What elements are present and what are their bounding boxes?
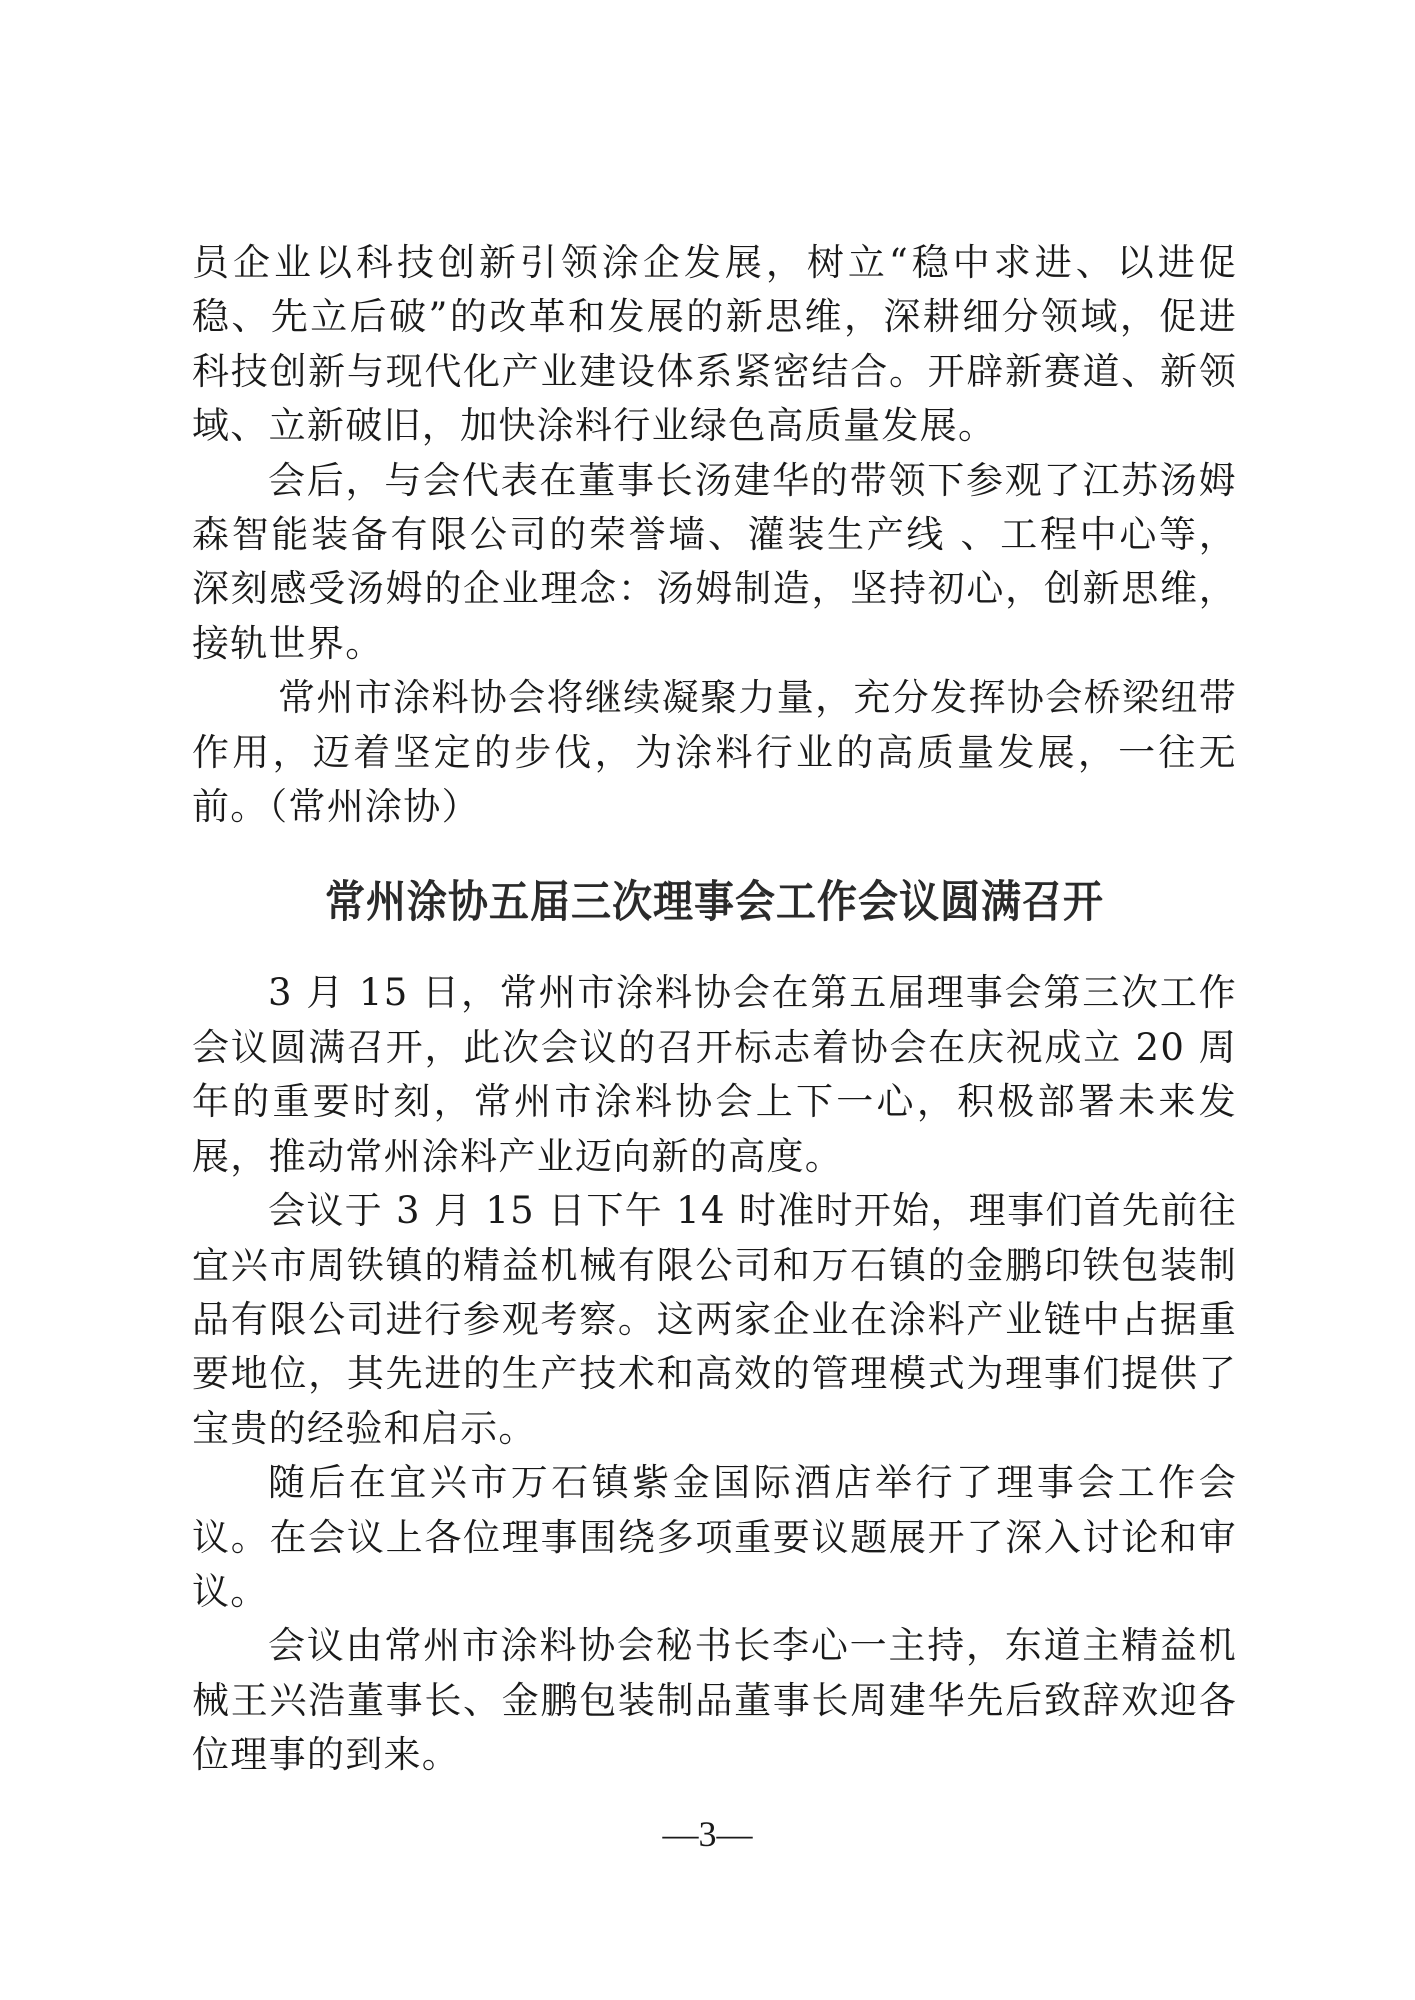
continued-section: 员企业以科技创新引领涂企发展，树立“稳中求进、以进促稳、先立后破”的改革和发展的… — [192, 236, 1237, 834]
article-title: 常州涂协五届三次理事会工作会议圆满召开 — [192, 872, 1237, 934]
page-number: —3— — [0, 1812, 1415, 1856]
paragraph-meeting-start: 会议于 3 月 15 日下午 14 时准时开始，理事们首先前往宜兴市周铁镇的精益… — [192, 1184, 1237, 1456]
paragraph-meeting-host: 会议由常州市涂料协会秘书长李心一主持，东道主精益机械王兴浩董事长、金鹏包装制品董… — [192, 1619, 1237, 1782]
document-page: 员企业以科技创新引领涂企发展，树立“稳中求进、以进促稳、先立后破”的改革和发展的… — [192, 236, 1237, 1783]
paragraph-continued: 员企业以科技创新引领涂企发展，树立“稳中求进、以进促稳、先立后破”的改革和发展的… — [192, 236, 1237, 454]
paragraph-visit: 会后，与会代表在董事长汤建华的带领下参观了江苏汤姆森智能装备有限公司的荣誉墙、灌… — [192, 454, 1237, 672]
paragraph-meeting-venue: 随后在宜兴市万石镇紫金国际酒店举行了理事会工作会议。在会议上各位理事围绕多项重要… — [192, 1456, 1237, 1619]
paragraph-closing: 常州市涂料协会将继续凝聚力量，充分发挥协会桥梁纽带作用，迈着坚定的步伐，为涂料行… — [192, 671, 1237, 834]
paragraph-intro: 3 月 15 日，常州市涂料协会在第五届理事会第三次工作会议圆满召开，此次会议的… — [192, 966, 1237, 1184]
article-section: 常州涂协五届三次理事会工作会议圆满召开 3 月 15 日，常州市涂料协会在第五届… — [192, 874, 1237, 1782]
